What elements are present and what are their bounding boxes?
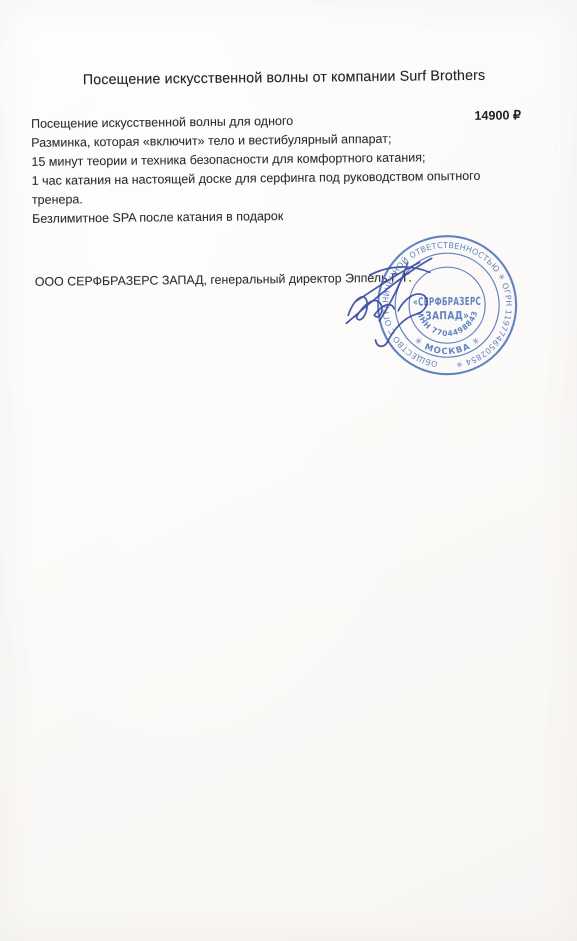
document-title: Посещение искусственной волны от компани…	[0, 67, 573, 90]
signature-stroke	[375, 294, 428, 346]
document-content: Посещение искусственной волны от компани…	[0, 0, 577, 941]
offer-description-block: Посещение искусственной волны для одного…	[31, 110, 487, 229]
signature-icon	[335, 244, 468, 357]
feature-line: Безлимитное SPA после катания в подарок	[32, 205, 487, 229]
handwritten-signature	[335, 244, 468, 357]
feature-line: 1 час катания на настоящей доске для сер…	[32, 167, 487, 210]
document-page: Посещение искусственной волны от компани…	[0, 0, 577, 941]
